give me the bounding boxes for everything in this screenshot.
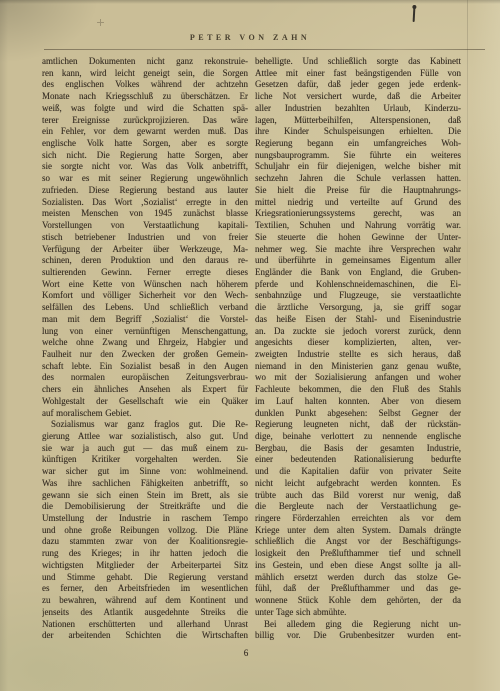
text-line: jenseits des Atlantik ausgedehnte Streik… [42, 607, 248, 619]
text-line: dazu stammten zwar von der Koalitionsreg… [42, 536, 248, 548]
text-line: weiß, was folgte und wird die Schatten s… [42, 103, 248, 115]
text-line: war sicher gut im Sinne von: wohlmeinend… [42, 466, 248, 478]
text-line: selfällen des Lebens. Und schließlich ve… [42, 302, 248, 314]
text-line: nicht leicht aufgebracht werden konnten.… [255, 478, 461, 490]
text-line: ihre Kinder Schulspeisungen erhielten. D… [255, 126, 461, 138]
text-line: das heiße Eisen der Stahl- und Eisenindu… [255, 314, 461, 326]
text-line: man mit dem Begriff ‚Sozialist‘ die Vors… [42, 314, 248, 326]
page-edge-streak [467, 0, 468, 320]
header-rule [44, 49, 485, 50]
text-line: meisten Menschen von 1945 zunächst blass… [42, 208, 248, 220]
text-line: nehmer weg. Sie machte ihre Versprechen … [255, 244, 461, 256]
text-line: sultierenden Gewinn. Ferner erregte dies… [42, 267, 248, 279]
text-line: Wort eine Kette von Wünschen nach höhere… [42, 279, 248, 291]
text-line: mittel niedrig und verteilte auf Grund d… [255, 197, 461, 209]
text-line: gierung Attlee war sozialistisch, also g… [42, 431, 248, 443]
text-line: sie sorgte nicht vor. Was das Volk anbet… [42, 161, 248, 173]
text-line: Umstellung der Industrie in raschem Temp… [42, 513, 248, 525]
text-line: zweigten Industrie stellte es sich herau… [255, 349, 461, 361]
text-line: wo mit der Sozialisierung anfangen und w… [255, 372, 461, 384]
text-line: wichtigsten Mitglieder der Arbeiterparte… [42, 560, 248, 572]
text-line: schaft lebte. Ein Sozialist besaß in den… [42, 361, 248, 373]
text-line: Gesetzen dafür, daß jeder gegen jede erd… [255, 79, 461, 91]
text-line: Textilien, Schuhen und Nahrung vorrätig … [255, 220, 461, 232]
text-line: und überführte in gemeinsames Eigentum a… [255, 255, 461, 267]
text-line: Kriegsrationierungssystems gerecht, was … [255, 208, 461, 220]
text-line: schließlich die Angst vor der Beschäftig… [255, 536, 461, 548]
text-line: fühl, daß der Preßlufthammer und das ge- [255, 583, 461, 595]
text-line: auf moralischem Gebiet. [42, 408, 248, 420]
text-line: sechzehn Jahren die Schule verlassen hat… [255, 173, 461, 185]
text-line: Monate nach Kriegsschluß zu überschätzen… [42, 91, 248, 103]
text-line: es ferner, den Arbeitsfrieden im wesentl… [42, 583, 248, 595]
text-line: lagen, Mütterbeihilfen, Alterspensionen,… [255, 115, 461, 127]
text-line: englische Volk hatte Sorgen, aber es sor… [42, 138, 248, 150]
text-line: künftigen Kritiker vorgehalten werden. S… [42, 454, 248, 466]
column-left: amtlichen Dokumenten nicht ganz rekonstr… [42, 56, 248, 642]
text-line: Sozialismus war ganz fraglos gut. Die Re… [42, 419, 248, 431]
text-line: Regierung leugneten nicht, daß der rücks… [255, 419, 461, 431]
running-header: PETER VON ZAHN [0, 33, 500, 42]
text-line: welche ohne Zwang und Ehrgeiz, Habgier u… [42, 337, 248, 349]
text-line: Engländer die Bank von England, die Grub… [255, 267, 461, 279]
text-line: Was ihre sachlichen Fähigkeiten anbetrif… [42, 478, 248, 490]
text-line: Sie hielt die Preise für die Hauptnahrun… [255, 185, 461, 197]
text-line: rung des Krieges; in ihr hatten jedoch d… [42, 548, 248, 560]
text-line: Wohlgestalt der Gesellschaft wie ein Quä… [42, 396, 248, 408]
text-line: die Bergleute nach der Verstaatlichung g… [255, 501, 461, 513]
text-line: ein Fehler, vor dem gewarnt werden muß. … [42, 126, 248, 138]
text-line: Nationen erschütterten und allerhand Unr… [42, 619, 248, 631]
text-line: Komfort und völliger Sicherheit vor den … [42, 290, 248, 302]
text-line: zufrieden. Diese Regierung bestand aus l… [42, 185, 248, 197]
text-line: einer bedeutenden Rationalisierung bedur… [255, 454, 461, 466]
text-line: unter Tage sich abmühte. [255, 607, 461, 619]
text-line: Sozialisten. Das Wort ‚Sozialist‘ erregt… [42, 197, 248, 209]
text-line: aller Industrien bezahlten Urlaub, Kinde… [255, 103, 461, 115]
column-right: behelligte. Und schließlich sorgte das K… [255, 56, 461, 642]
text-line: ringere Förderzahlen erreichten als vor … [255, 513, 461, 525]
text-line: der arbeitenden Schichten die Wirtschaft… [42, 630, 248, 642]
text-line: schinen, deren Produktion und den daraus… [42, 255, 248, 267]
text-line: niemand in den Ministerien ganz genau wu… [255, 361, 461, 373]
text-line: gewann sie sich einen Stein im Brett, al… [42, 490, 248, 502]
text-line: Schuljahr ein für diejenigen, welche bis… [255, 161, 461, 173]
text-line: zu bewahren, während auf dem Kontinent u… [42, 595, 248, 607]
text-line: mählich ersetzt werden durch das stolze … [255, 572, 461, 584]
scanned-book-page: PETER VON ZAHN amtlichen Dokumenten nich… [0, 0, 500, 691]
text-line: Regierung begann ein umfangreiches Woh- [255, 138, 461, 150]
text-line: und die Kapitalien dafür von privater Se… [255, 466, 461, 478]
text-line: losigkeit den Preßlufthammer tief und sc… [255, 548, 461, 560]
text-line: nungsbauprogramm. Sie führte ein weitere… [255, 150, 461, 162]
text-line: ren kann, wird leicht geneigt sein, die … [42, 68, 248, 80]
text-line: chers ein ähnliches Ansehen als Expert f… [42, 384, 248, 396]
text-line: Faulheit nur den Zwecken der großen Geme… [42, 349, 248, 361]
text-line: terer Ereignisse zurückprojizieren. Das … [42, 115, 248, 127]
text-line: und Stimme gehabt. Die Regierung verstan… [42, 572, 248, 584]
text-line: trübte auch das Bild vorerst nur wenig, … [255, 490, 461, 502]
text-line: wonnene Stück Kohle dem gehörten, der da [255, 595, 461, 607]
text-line: angesichts dieser komplizierten, alten, … [255, 337, 461, 349]
text-line: dunklen Punkt abgesehen: Selbst Gegner d… [255, 408, 461, 420]
text-line: Bei alledem ging die Regierung nicht un- [255, 619, 461, 631]
text-line: so war es mit seiner Regierung ungewöhnl… [42, 173, 248, 185]
text-line: an. Da zuckte sie jedoch vorerst zurück,… [255, 326, 461, 338]
text-line: die Demobilisierung der Streitkräfte und… [42, 501, 248, 513]
text-line: des normalen europäischen Zeitungsverbra… [42, 372, 248, 384]
text-line: Sie steuerte die hohen Gewinne der Unter… [255, 232, 461, 244]
text-line: Fachleute bekommen, die den Fluß des Sta… [255, 384, 461, 396]
text-line: Kriege unter dem alten System. Damals dr… [255, 525, 461, 537]
page-number: 6 [0, 648, 492, 658]
text-line: im Lauf halten konnten. Aber von diesem [255, 396, 461, 408]
text-line: pferde und Kohlenschneidemaschinen, die … [255, 279, 461, 291]
text-line: senbahnzüge und Flugzeuge, sie verstaatl… [255, 290, 461, 302]
text-line: lung von einer vernünftigen Menschengatt… [42, 326, 248, 338]
text-line: amtlichen Dokumenten nicht ganz rekonstr… [42, 56, 248, 68]
text-line: behelligte. Und schließlich sorgte das K… [255, 56, 461, 68]
text-line: Bergbau, die Basis der gesamten Industri… [255, 443, 461, 455]
text-line: sich nicht. Die Regierung hatte Sorgen, … [42, 150, 248, 162]
text-line: Attlee mit einer fast beängstigenden Fül… [255, 68, 461, 80]
text-line: und ohne große Reibungen vollzog. Die Pl… [42, 525, 248, 537]
text-line: Vorstellungen von Verstaatlichung kapita… [42, 220, 248, 232]
text-line: stisch betriebener Industrien und von fr… [42, 232, 248, 244]
text-line: des englischen Volkes während der achtze… [42, 79, 248, 91]
cross-blemish-mark [97, 19, 104, 26]
text-line: ins Gestein, und eben diese Angst sollte… [255, 560, 461, 572]
text-line: liche Not versichert wurde, daß die Arbe… [255, 91, 461, 103]
ink-blemish-mark [413, 7, 416, 22]
text-line: Verfügung der Arbeiter über Werkzeuge, M… [42, 244, 248, 256]
text-line: sie war ja auch gut — das muß einem zu- [42, 443, 248, 455]
text-line: dige, beinahe verlottert zu nennende eng… [255, 431, 461, 443]
text-line: die ärztliche Versorgung, ja, sie griff … [255, 302, 461, 314]
text-line: billig vor. Die Grubenbesitzer wurden en… [255, 630, 461, 642]
